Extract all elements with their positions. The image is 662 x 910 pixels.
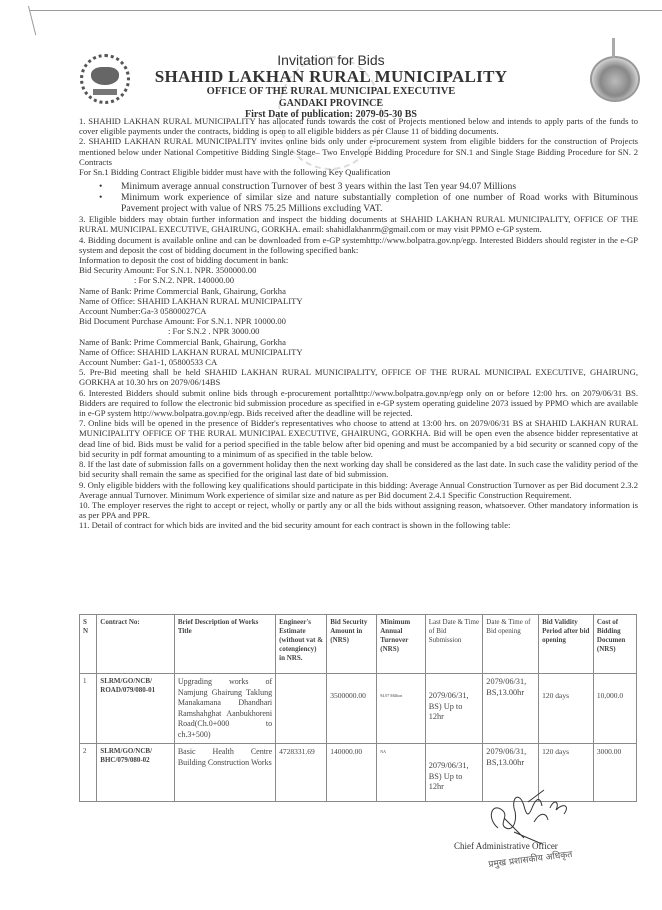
header-estimate: Engineer's Estimate (without vat & coten… <box>276 615 327 674</box>
cell-last-date: 2079/06/31, BS) Up to 12hr <box>425 674 483 744</box>
office-name: OFFICE OF THE RURAL MUNICIPAL EXECUTIVE <box>0 86 662 98</box>
purchase-amount-sn1: Bid Document Purchase Amount: For S.N.1.… <box>79 316 638 326</box>
qualification-list: Minimum average annual construction Turn… <box>79 181 638 214</box>
office-name-1: Name of Office: SHAHID LAKHAN RURAL MUNI… <box>79 296 638 306</box>
document-header: Invitation for Bids SHAHID LAKHAN RURAL … <box>0 52 662 120</box>
paragraph-2: 2. SHAHID LAKHAN RURAL MUNICIPALITY invi… <box>79 136 638 167</box>
cell-turnover: 94.07 Million <box>377 674 425 744</box>
account-number-2: Account Number: Ga1-1, 05800533 CA <box>79 357 638 367</box>
qualification-note: For Sn.1 Bidding Contract Eligible bidde… <box>79 167 638 177</box>
cost-value: 10,000.0 <box>597 677 633 700</box>
contracts-table: S N Contract No: Brief Description of Wo… <box>79 614 637 802</box>
paragraph-4: 4. Bidding document is available online … <box>79 235 638 255</box>
cell-description: Upgrading works of Namjung Ghairung Takl… <box>174 674 275 744</box>
paragraph-1: 1. SHAHID LAKHAN RURAL MUNICIPALITY has … <box>79 116 638 136</box>
office-name-2: Name of Office: SHAHID LAKHAN RURAL MUNI… <box>79 347 638 357</box>
turnover-value: 94.07 Million <box>380 677 421 700</box>
bank-info-heading: Information to deposit the cost of biddi… <box>79 255 638 265</box>
header-validity: Bid Validity Period after bid opening <box>539 615 594 674</box>
page-edge <box>30 10 662 11</box>
paragraph-3: 3. Eligible bidders may obtain further i… <box>79 214 638 234</box>
table-header-row: S N Contract No: Brief Description of Wo… <box>80 615 637 674</box>
last-date-value: 2079/06/31, BS) Up to 12hr <box>429 747 480 793</box>
qualification-item: Minimum average annual construction Turn… <box>121 181 638 192</box>
cell-contract-no: SLRM/GO/NCB/ ROAD/079/080-01 <box>97 674 175 744</box>
paragraph-9: 9. Only eligible bidders with the follow… <box>79 480 638 500</box>
paragraph-5: 5. Pre-Bid meeting shall be held SHAHID … <box>79 367 638 387</box>
cell-estimate <box>276 674 327 744</box>
account-number-1: Account Number:Ga-3 05800027CA <box>79 306 638 316</box>
cell-last-date: 2079/06/31, BS) Up to 12hr <box>425 744 483 802</box>
header-bid-security: Bid Security Amount in (NRS) <box>327 615 377 674</box>
qualification-item: Minimum work experience of similar size … <box>121 192 638 214</box>
cell-bid-security: 3500000.00 <box>327 674 377 744</box>
cell-sn: 2 <box>80 744 97 802</box>
bank-name-1: Name of Bank: Prime Commercial Bank, Gha… <box>79 286 638 296</box>
municipality-name: SHAHID LAKHAN RURAL MUNICIPALITY <box>0 68 662 86</box>
cell-bid-security: 140000.00 <box>327 744 377 802</box>
cell-cost: 3000.00 <box>593 744 636 802</box>
cell-opening: 2079/06/31, BS,13.00hr <box>483 674 539 744</box>
paragraph-11: 11. Detail of contract for which bids ar… <box>79 520 638 530</box>
last-date-value: 2079/06/31, BS) Up to 12hr <box>429 677 480 723</box>
document-title: Invitation for Bids <box>0 52 662 68</box>
bid-security-value: 3500000.00 <box>330 677 373 700</box>
header-last-date: Last Date & Time of Bid Submission <box>425 615 483 674</box>
paragraph-8: 8. If the last date of submission falls … <box>79 459 638 479</box>
province-name: GANDAKI PROVINCE <box>0 98 662 109</box>
header-opening: Date & Time of Bid opening <box>483 615 539 674</box>
paragraph-6: 6. Interested Bidders should submit onli… <box>79 388 638 419</box>
cell-validity: 120 days <box>539 674 594 744</box>
header-sn: S N <box>80 615 97 674</box>
cell-sn: 1 <box>80 674 97 744</box>
validity-value: 120 days <box>542 677 590 700</box>
cell-description: Basic Health Centre Building Constructio… <box>174 744 275 802</box>
bid-security-sn2: : For S.N.2. NPR. 140000.00 <box>79 275 638 285</box>
paragraph-7: 7. Online bids will be opened in the pre… <box>79 418 638 459</box>
cell-turnover: NA <box>377 744 425 802</box>
cell-cost: 10,000.0 <box>593 674 636 744</box>
header-cost: Cost of Bidding Documen (NRS) <box>593 615 636 674</box>
notice-body: 1. SHAHID LAKHAN RURAL MUNICIPALITY has … <box>79 116 638 531</box>
header-turnover: Minimum Annual Turnover (NRS) <box>377 615 425 674</box>
handwritten-signature <box>484 788 574 844</box>
table-row: 1 SLRM/GO/NCB/ ROAD/079/080-01 Upgrading… <box>80 674 637 744</box>
header-contract-no: Contract No: <box>97 615 175 674</box>
bank-name-2: Name of Bank: Prime Commercial Bank, Gha… <box>79 337 638 347</box>
header-description: Brief Description of Works Title <box>174 615 275 674</box>
cell-estimate: 4728331.69 <box>276 744 327 802</box>
cell-contract-no: SLRM/GO/NCB/ BHC/079/080-02 <box>97 744 175 802</box>
purchase-amount-sn2: : For S.N.2 . NPR 3000.00 <box>79 326 638 336</box>
paragraph-10: 10. The employer reserves the right to a… <box>79 500 638 520</box>
bid-security-sn1: Bid Security Amount: For S.N.1. NPR. 350… <box>79 265 638 275</box>
